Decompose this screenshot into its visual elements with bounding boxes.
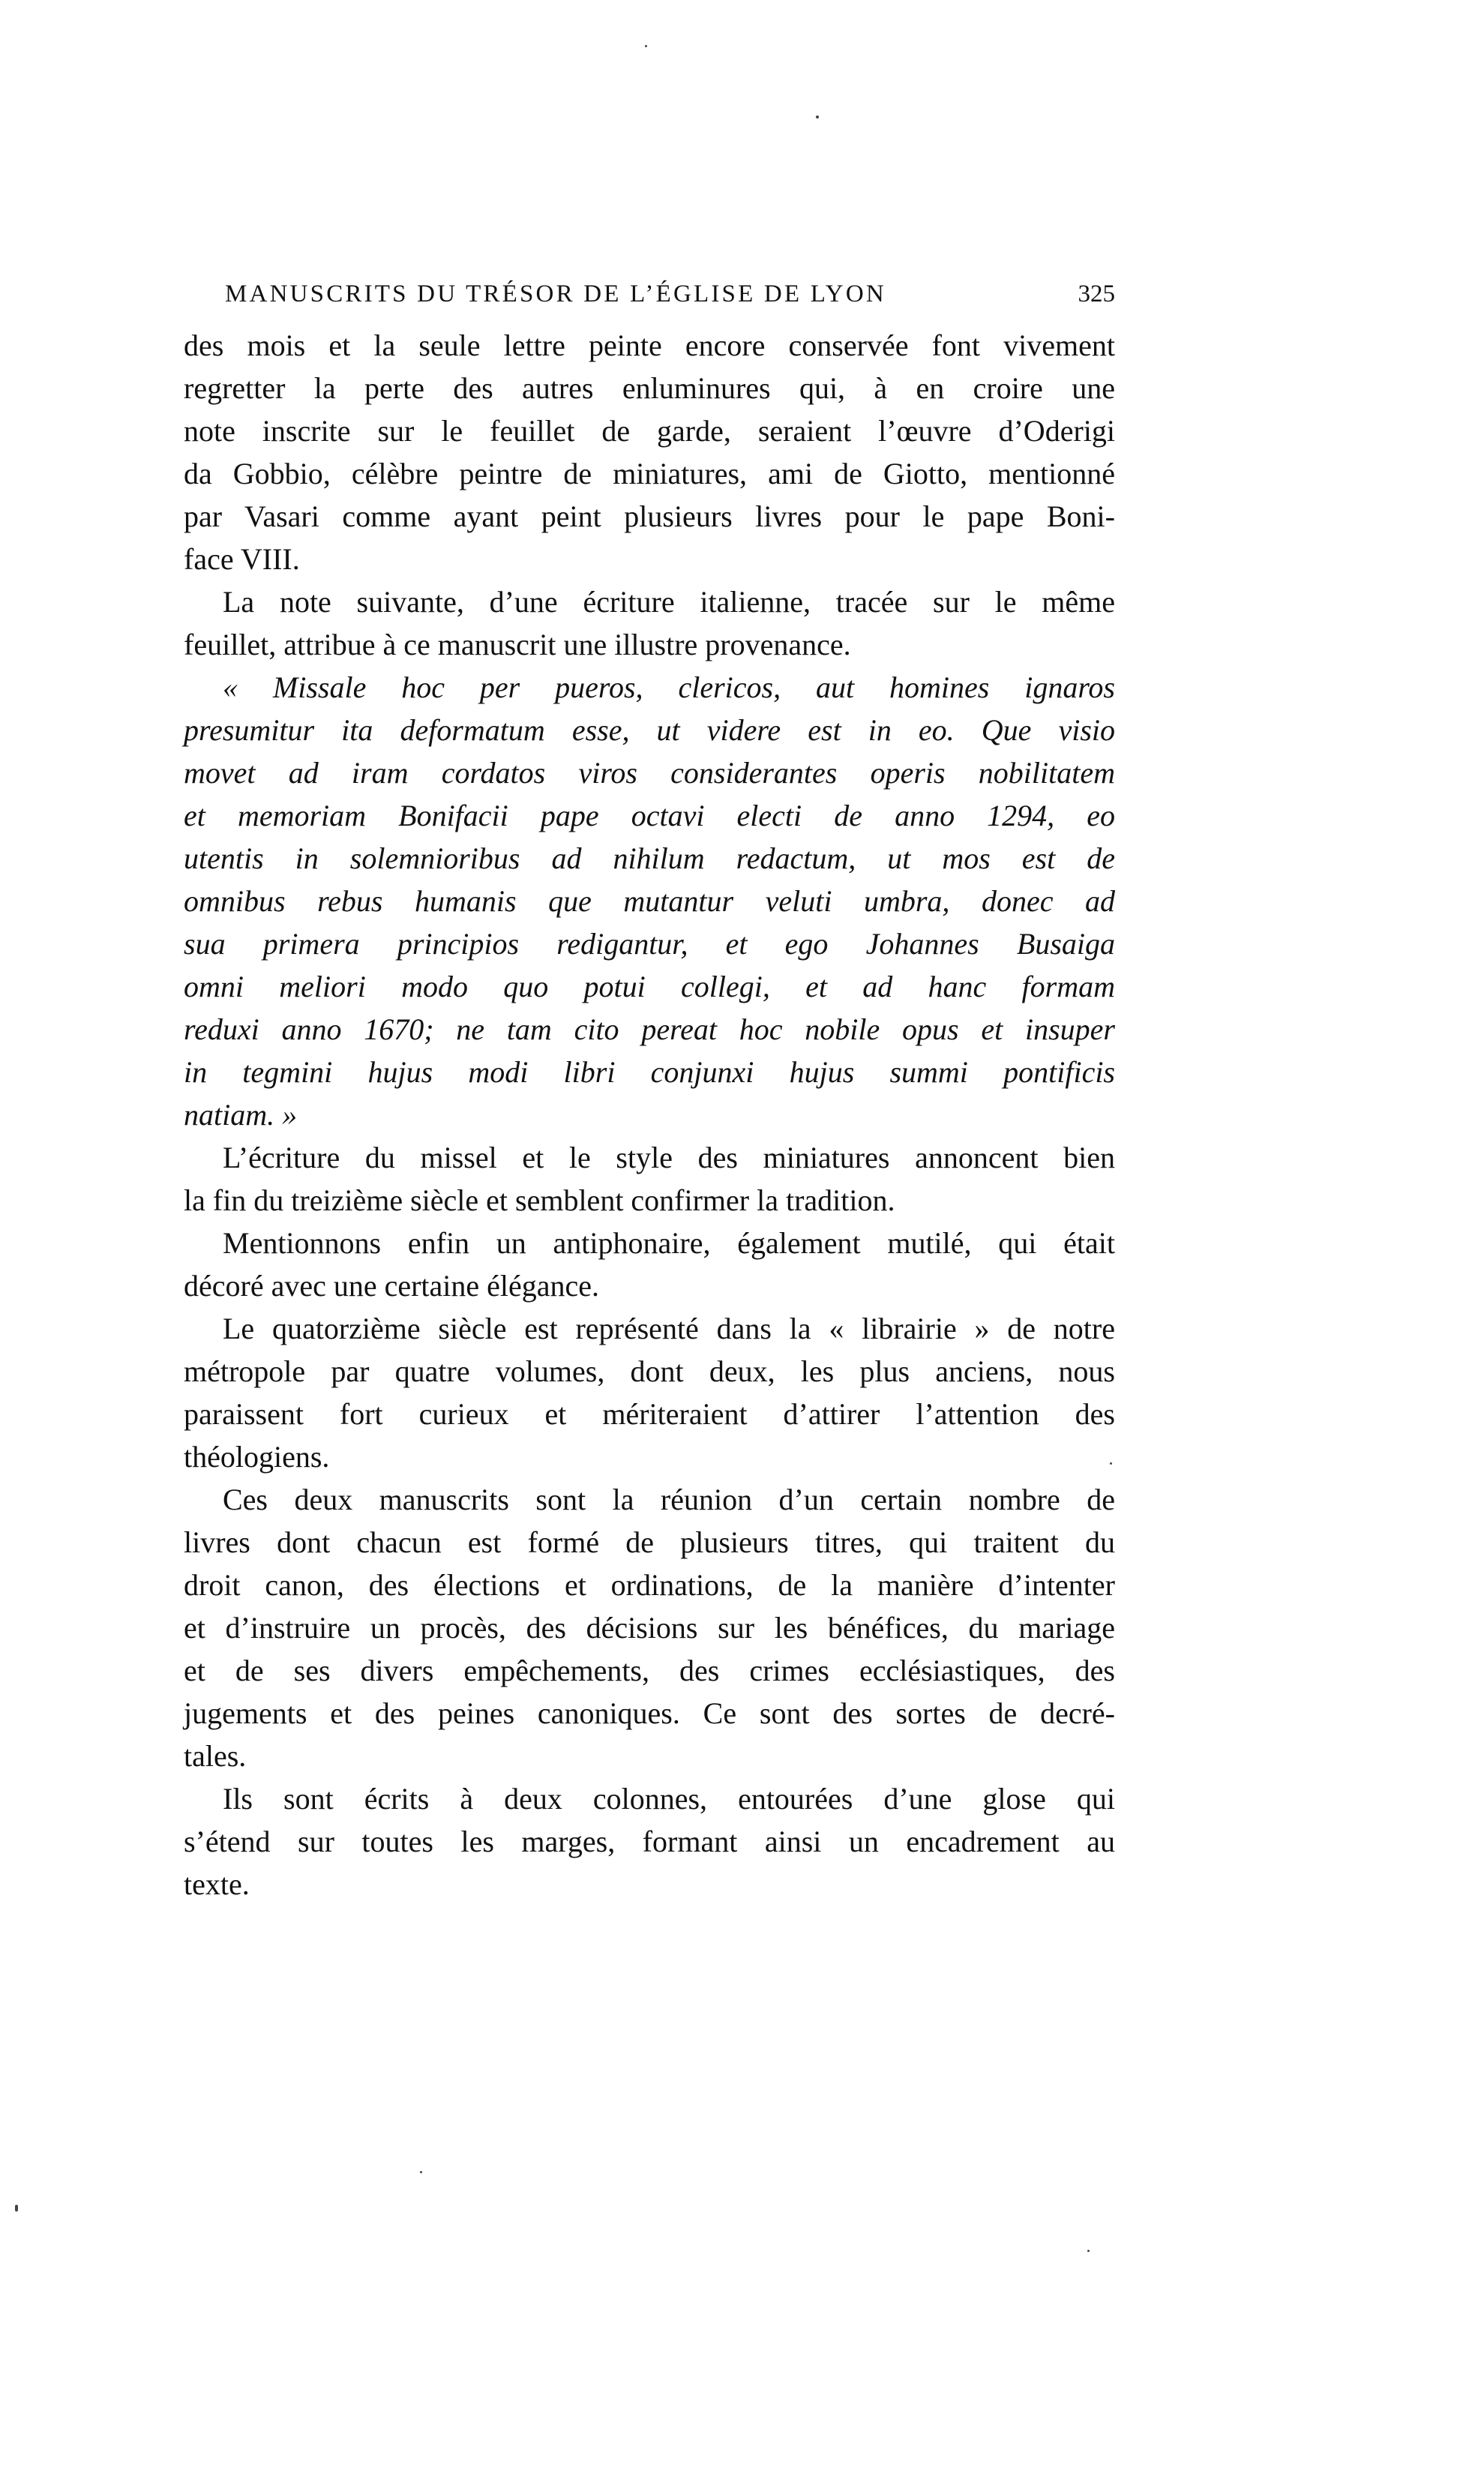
scan-speck [1087, 2250, 1090, 2252]
text-line: face VIII. [184, 538, 1115, 580]
quote-line: sua primera principios redigantur, et eg… [184, 922, 1115, 965]
text-line: tales. [184, 1735, 1115, 1777]
latin-quotation: « Missale hoc per pueros, clericos, aut … [184, 666, 1115, 1136]
running-head-title: MANUSCRITS DU TRÉSOR DE L’ÉGLISE DE LYON [225, 276, 886, 312]
text-line: paraissent fort curieux et mériteraient … [184, 1393, 1115, 1435]
text-line: regretter la perte des autres enluminure… [184, 367, 1115, 409]
text-line: métropole par quatre volumes, dont deux,… [184, 1350, 1115, 1393]
text-line: jugements et des peines canoniques. Ce s… [184, 1692, 1115, 1735]
quote-line: « Missale hoc per pueros, clericos, aut … [184, 666, 1115, 709]
quote-line: omni meliori modo quo potui collegi, et … [184, 965, 1115, 1008]
scan-speck [15, 2205, 18, 2212]
text-line: s’étend sur toutes les marges, formant a… [184, 1820, 1115, 1863]
quote-line: omnibus rebus humanis que mutantur velut… [184, 880, 1115, 922]
text-line: théologiens. [184, 1435, 1115, 1478]
paragraph-5: Mentionnons enfin un antiphonaire, égale… [184, 1222, 1115, 1307]
scan-speck [645, 45, 647, 47]
paragraph-7: Ces deux manuscrits sont la réunion d’un… [184, 1478, 1115, 1777]
text-line: Le quatorzième siècle est représenté dan… [184, 1307, 1115, 1350]
scan-speck [816, 115, 819, 118]
quote-line: reduxi anno 1670; ne tam cito pereat hoc… [184, 1008, 1115, 1051]
text-line: feuillet, attribue à ce manuscrit une il… [184, 623, 1115, 666]
text-line: note inscrite sur le feuillet de garde, … [184, 409, 1115, 452]
page-number: 325 [1078, 276, 1116, 312]
text-line: la fin du treizième siècle et semblent c… [184, 1179, 1115, 1222]
text-line: Ils sont écrits à deux colonnes, entouré… [184, 1777, 1115, 1820]
paragraph-2: La note suivante, d’une écriture italien… [184, 580, 1115, 666]
quote-line: movet ad iram cordatos viros considerant… [184, 751, 1115, 794]
quote-line: et memoriam Bonifacii pape octavi electi… [184, 794, 1115, 837]
text-line: texte. [184, 1863, 1115, 1906]
running-head: MANUSCRITS DU TRÉSOR DE L’ÉGLISE DE LYON… [225, 276, 1115, 312]
body-text: des mois et la seule lettre peinte encor… [184, 324, 1115, 1906]
quote-line: utentis in solemnioribus ad nihilum reda… [184, 837, 1115, 880]
text-line: La note suivante, d’une écriture italien… [184, 580, 1115, 623]
scan-speck [1110, 1462, 1112, 1465]
text-line: L’écriture du missel et le style des min… [184, 1136, 1115, 1179]
text-line: par Vasari comme ayant peint plusieurs l… [184, 495, 1115, 538]
scan-speck [420, 2171, 422, 2173]
quote-line: presumitur ita deformatum esse, ut vider… [184, 709, 1115, 751]
quote-line: natiam. » [184, 1093, 1115, 1136]
text-line: da Gobbio, célèbre peintre de miniatures… [184, 452, 1115, 495]
text-line: livres dont chacun est formé de plusieur… [184, 1521, 1115, 1564]
paragraph-1: des mois et la seule lettre peinte encor… [184, 324, 1115, 580]
text-line: et de ses divers empêchements, des crime… [184, 1649, 1115, 1692]
text-line: Mentionnons enfin un antiphonaire, égale… [184, 1222, 1115, 1264]
text-line: droit canon, des élections et ordination… [184, 1564, 1115, 1606]
text-line: décoré avec une certaine élégance. [184, 1264, 1115, 1307]
scanned-book-page: MANUSCRITS DU TRÉSOR DE L’ÉGLISE DE LYON… [0, 0, 1484, 2471]
text-line: Ces deux manuscrits sont la réunion d’un… [184, 1478, 1115, 1521]
paragraph-6: Le quatorzième siècle est représenté dan… [184, 1307, 1115, 1478]
quote-line: in tegmini hujus modi libri conjunxi huj… [184, 1051, 1115, 1093]
paragraph-4: L’écriture du missel et le style des min… [184, 1136, 1115, 1222]
text-line: et d’instruire un procès, des décisions … [184, 1606, 1115, 1649]
paragraph-8: Ils sont écrits à deux colonnes, entouré… [184, 1777, 1115, 1906]
text-line: des mois et la seule lettre peinte encor… [184, 324, 1115, 367]
